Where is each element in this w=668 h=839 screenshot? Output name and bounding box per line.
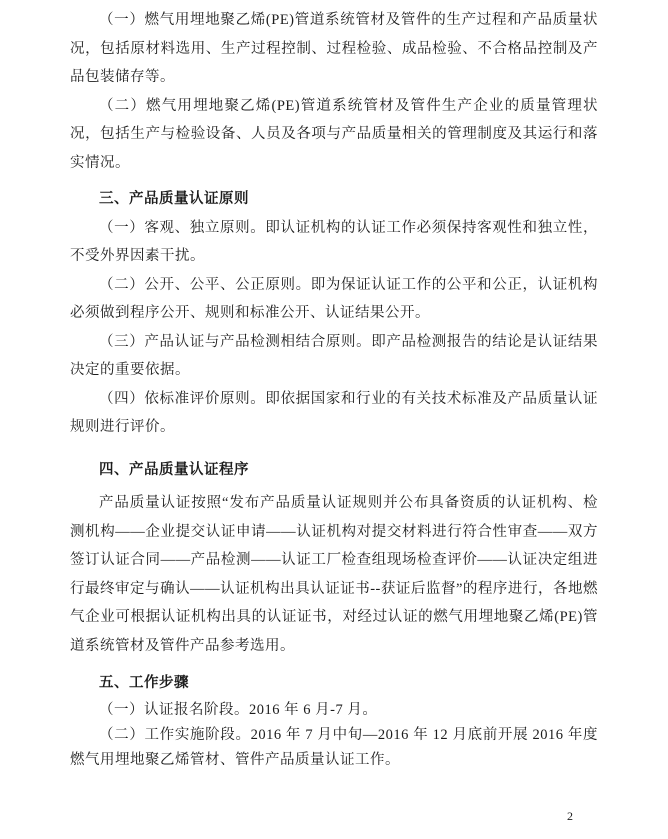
paragraph-principle-standard-based-evaluation: （四）依标准评价原则。即依据国家和行业的有关技术标准及产品质量认证规则进行评价。 — [70, 385, 598, 442]
section-heading-work-steps: 五、工作步骤 — [70, 669, 598, 698]
document-page: （一）燃气用埋地聚乙烯(PE)管道系统管材及管件的生产过程和产品质量状况，包括原… — [0, 0, 668, 839]
paragraph-step-implementation-phase: （二）工作实施阶段。2016 年 7 月中旬—2016 年 12 月底前开展 2… — [70, 723, 598, 773]
section-heading-certification-procedure: 四、产品质量认证程序 — [70, 456, 598, 485]
paragraph-step-registration-phase: （一）认证报名阶段。2016 年 6 月-7 月。 — [70, 698, 598, 723]
paragraph-certification-procedure-detail: 产品质量认证按照“发布产品质量认证规则并公布具备资质的认证机构、检测机构——企业… — [70, 489, 598, 660]
paragraph-principle-certification-testing-combined: （三）产品认证与产品检测相结合原则。即产品检测报告的结论是认证结果决定的重要依据… — [70, 328, 598, 385]
paragraph-2-quality-management-status: （二）燃气用埋地聚乙烯(PE)管道系统管材及管件生产企业的质量管理状况，包括生产… — [70, 92, 598, 178]
section-heading-certification-principles: 三、产品质量认证原则 — [70, 185, 598, 214]
document-body: （一）燃气用埋地聚乙烯(PE)管道系统管材及管件的生产过程和产品质量状况，包括原… — [70, 0, 598, 773]
paragraph-principle-open-fair-just: （二）公开、公平、公正原则。即为保证认证工作的公平和公正，认证机构必须做到程序公… — [70, 271, 598, 328]
paragraph-principle-objective-independent: （一）客观、独立原则。即认证机构的认证工作必须保持客观性和独立性，不受外界因素干… — [70, 214, 598, 271]
paragraph-1-production-quality-status: （一）燃气用埋地聚乙烯(PE)管道系统管材及管件的生产过程和产品质量状况，包括原… — [70, 6, 598, 92]
page-number: 2 — [560, 808, 580, 824]
